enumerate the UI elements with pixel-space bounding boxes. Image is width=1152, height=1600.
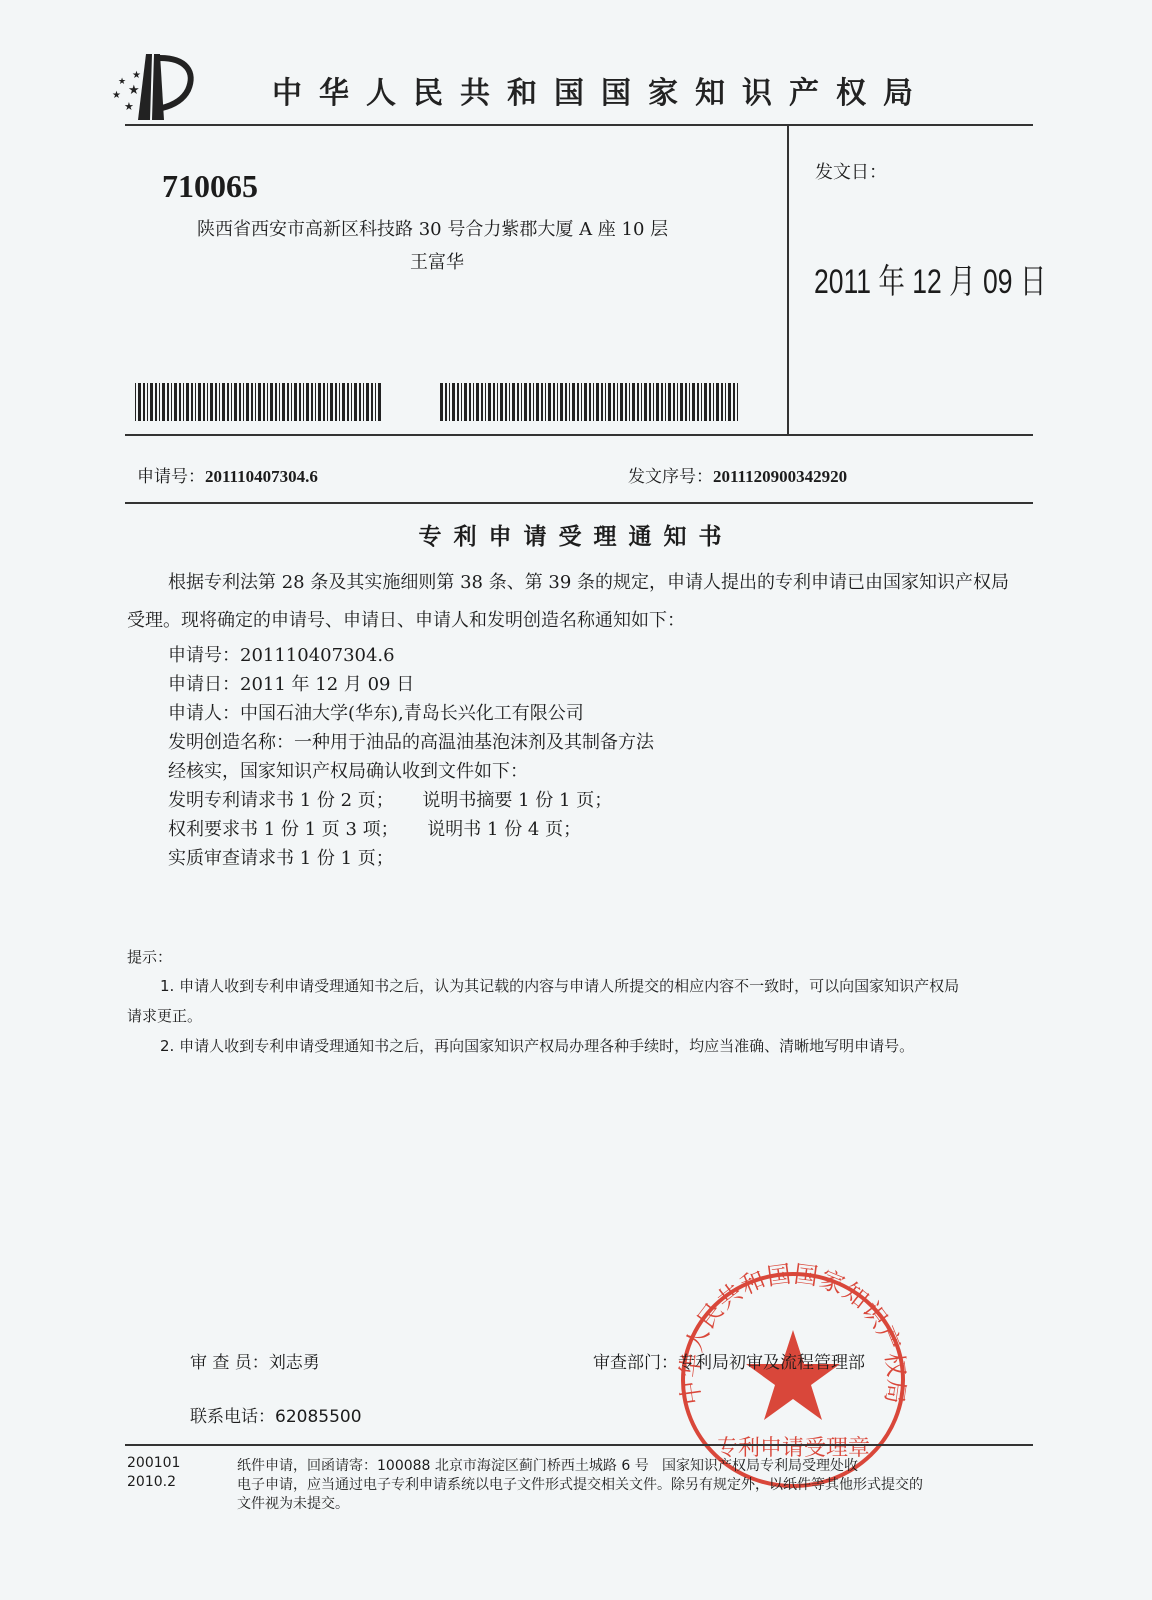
divider <box>125 124 1033 126</box>
phone-label: 联系电话： <box>190 1407 275 1427</box>
org-title: 中华人民共和国国家知识产权局 <box>272 68 930 112</box>
serial-number-value: 2011120900342920 <box>713 467 847 486</box>
body-paragraph: 受理。现将确定的申请号、申请日、申请人和发明创造名称通知如下： <box>127 612 685 630</box>
department-name: 专利局初审及流程管理部 <box>678 1353 865 1373</box>
department: 审查部门：专利局初审及流程管理部 <box>593 1348 865 1373</box>
application-number-value: 201110407304.6 <box>205 467 318 486</box>
barcode <box>440 383 740 421</box>
svg-text:★: ★ <box>128 83 140 98</box>
list-item: 发明创造名称：一种用于油品的高温油基泡沫剂及其制备方法 <box>168 728 654 754</box>
issue-date-label: 发文日： <box>815 158 887 184</box>
list-item: 发明专利请求书 1 份 2 页； 说明书摘要 1 份 1 页； <box>168 786 612 812</box>
svg-text:★: ★ <box>112 90 121 101</box>
list-item: 申请号：201110407304.6 <box>168 641 395 667</box>
document-title: 专利申请受理通知书 <box>0 518 1152 551</box>
footer-line: 电子申请，应当通过电子专利申请系统以电子文件形式提交相关文件。除另有规定外，以纸… <box>237 1474 923 1494</box>
serial-number: 发文序号：2011120900342920 <box>628 462 847 487</box>
issue-date: 2011 年 12 月 09 日 <box>814 254 1046 303</box>
divider <box>125 502 1033 504</box>
phone-number: 62085500 <box>275 1407 362 1427</box>
list-item: 经核实，国家知识产权局确认收到文件如下： <box>168 757 528 783</box>
list-item: 权利要求书 1 份 1 页 3 项； 说明书 1 份 4 页； <box>168 815 581 841</box>
barcode <box>135 383 385 421</box>
postcode: 710065 <box>162 168 258 205</box>
form-code: 200101 <box>127 1455 180 1471</box>
footer-line: 文件视为未提交。 <box>237 1493 349 1513</box>
notes-label: 提示： <box>127 946 172 967</box>
svg-text:★: ★ <box>118 77 126 87</box>
list-item: 申请人：中国石油大学(华东),青岛长兴化工有限公司 <box>168 699 584 725</box>
contact-phone: 联系电话：62085500 <box>190 1402 362 1427</box>
list-item: 申请日：2011 年 12 月 09 日 <box>168 670 414 696</box>
form-version: 2010.2 <box>127 1474 176 1490</box>
examiner-name: 刘志勇 <box>269 1353 320 1373</box>
divider <box>125 1444 1033 1446</box>
note-item: 2. 申请人收到专利申请受理通知书之后，再向国家知识产权局办理各种手续时，均应当… <box>160 1035 914 1056</box>
divider <box>787 125 789 435</box>
note-item: 1. 申请人收到专利申请受理通知书之后，认为其记载的内容与申请人所提交的相应内容… <box>160 975 959 996</box>
note-item: 请求更正。 <box>127 1005 202 1026</box>
svg-text:★: ★ <box>124 100 134 113</box>
footer-line: 纸件申请，回函请寄：100088 北京市海淀区蓟门桥西土城路 6 号 国家知识产… <box>237 1455 858 1475</box>
examiner-label: 审 查 员： <box>190 1353 269 1373</box>
department-label: 审查部门： <box>593 1353 678 1373</box>
application-number-label: 申请号： <box>137 467 205 487</box>
recipient-address: 陕西省西安市高新区科技路 30 号合力紫郡大厦 A 座 10 层 <box>197 215 668 241</box>
examiner: 审 查 员：刘志勇 <box>190 1348 320 1373</box>
svg-text:★: ★ <box>132 70 141 81</box>
body-paragraph: 根据专利法第 28 条及其实施细则第 38 条、第 39 条的规定，申请人提出的… <box>168 574 1009 592</box>
divider <box>125 434 1033 436</box>
application-number: 申请号：201110407304.6 <box>137 462 318 487</box>
serial-number-label: 发文序号： <box>628 467 713 487</box>
list-item: 实质审查请求书 1 份 1 页； <box>168 844 394 870</box>
recipient-name: 王富华 <box>410 248 464 274</box>
cnipa-logo-icon: ★ ★ ★ ★ ★ <box>108 50 208 122</box>
